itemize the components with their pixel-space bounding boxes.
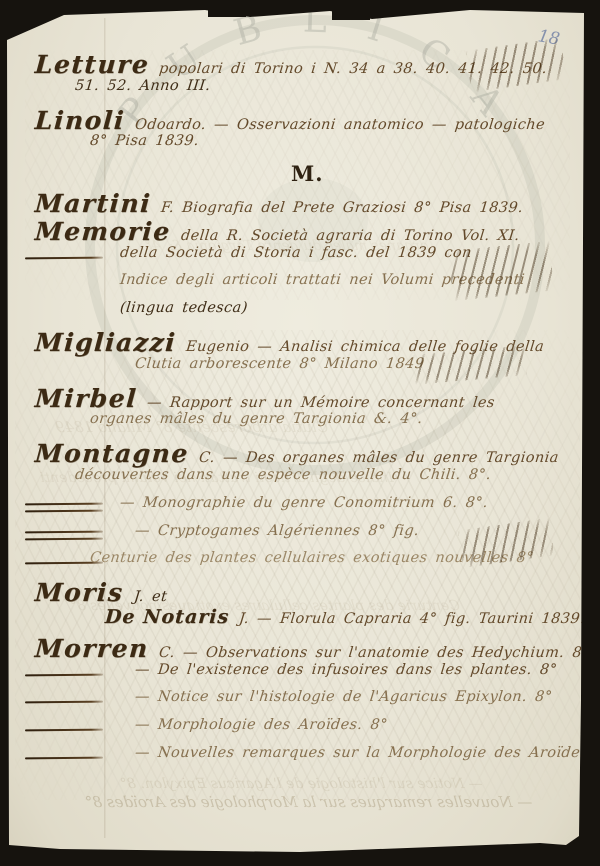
entry-text: C. — Observations sur l'anatomie des Hed… xyxy=(158,645,590,661)
entry-text: 51. 52. Anno III. xyxy=(74,78,211,94)
catalog-entry: MartiniF. Biografia del Prete Graziosi 8… xyxy=(35,189,582,217)
entry-text: — Morphologie des Aroïdes. 8° xyxy=(134,717,388,733)
entry-text: Clutia arborescente 8° Milano 1849 xyxy=(134,356,425,372)
catalog-entries-list: Letturepopolari di Torino i N. 34 a 38. … xyxy=(35,50,582,773)
entry-text: découvertes dans une espèce nouvelle du … xyxy=(74,467,492,483)
catalog-entry: De NotarisJ. — Florula Capraria 4° fig. … xyxy=(35,606,582,634)
catalog-entry: 8° Pisa 1839. xyxy=(35,133,582,161)
catalog-entry: — Notice sur l'histologie de l'Agaricus … xyxy=(35,689,582,717)
entry-author: Memorie xyxy=(34,217,172,246)
entry-text: organes mâles du genre Targionia &. 4°. xyxy=(89,411,423,427)
entry-text: 8° Pisa 1839. xyxy=(89,133,200,149)
bleed-through-line: — Nouvelles remarques sur la Morphologie… xyxy=(84,793,533,811)
ditto-mark xyxy=(25,674,103,676)
paper-sheet: P U B L I C A 18 Letturepopolari di Tori… xyxy=(0,0,600,866)
entry-author: Moris xyxy=(34,578,125,607)
entry-text: — Notice sur l'histologie de l'Agaricus … xyxy=(134,689,553,705)
catalog-entry: (lingua tedesca) xyxy=(35,300,582,328)
catalog-entry: 51. 52. Anno III. xyxy=(35,78,582,106)
entry-text: F. Biografia del Prete Graziosi 8° Pisa … xyxy=(160,200,524,216)
catalog-entry: organes mâles du genre Targionia &. 4°. xyxy=(35,411,582,439)
entry-author: Mirbel xyxy=(34,384,138,413)
entry-text: — De l'existence des infusoires dans les… xyxy=(134,662,558,678)
catalog-entry: Centurie des plantes cellulaires exotiqu… xyxy=(35,550,582,578)
entry-author: De Notaris xyxy=(104,606,230,628)
entry-text: — Nouvelles remarques sur la Morphologie… xyxy=(134,745,600,761)
entry-text: Indice degli articoli trattati nei Volum… xyxy=(119,272,526,288)
page-number: 18 xyxy=(537,26,562,49)
scan-edge-notch xyxy=(332,0,370,20)
catalog-entry: della Società di Storia i fasc. del 1839… xyxy=(35,245,582,273)
ditto-mark xyxy=(25,257,103,259)
ditto-mark xyxy=(25,701,103,703)
entry-author: Morren xyxy=(34,634,150,663)
entry-author: Migliazzi xyxy=(34,328,177,357)
entry-text: — Monographie du genre Conomitrium 6. 8°… xyxy=(119,495,489,511)
catalog-entry: MorisJ. et xyxy=(35,578,582,606)
entry-text: Odoardo. — Osservazioni anatomico — pato… xyxy=(134,117,546,133)
entry-text: popolari di Torino i N. 34 a 38. 40. 41.… xyxy=(159,61,549,77)
section-header-letter: M. xyxy=(291,161,324,186)
catalog-entry: Indice degli articoli trattati nei Volum… xyxy=(35,272,582,300)
catalog-entry: Mirbel— Rapport sur un Mémoire concernan… xyxy=(35,384,582,412)
catalog-entry: — Nouvelles remarques sur la Morphologie… xyxy=(35,745,582,773)
entry-text: Centurie des plantes cellulaires exotiqu… xyxy=(89,550,534,566)
entry-text: C. — Des organes mâles du genre Targioni… xyxy=(198,450,559,466)
catalog-entry: — De l'existence des infusoires dans les… xyxy=(35,662,582,690)
entry-text: della Società di Storia i fasc. del 1839… xyxy=(119,245,472,261)
catalog-entry: Letturepopolari di Torino i N. 34 a 38. … xyxy=(35,50,582,78)
catalog-entry: — Cryptogames Algériennes 8° fig. xyxy=(35,523,582,551)
ditto-mark xyxy=(25,531,103,541)
entry-author: Letture xyxy=(34,50,150,79)
entry-text: — Rapport sur un Mémoire concernant les xyxy=(146,395,495,411)
entry-text: della R. Società agraria di Torino Vol. … xyxy=(180,228,520,244)
scan-edge-notch xyxy=(208,0,246,17)
entry-text: J. et xyxy=(133,589,168,605)
ditto-mark xyxy=(25,757,103,759)
ditto-mark xyxy=(25,503,103,513)
catalog-entry: MigliazziEugenio — Analisi chimica delle… xyxy=(35,328,582,356)
scanned-manuscript-page: P U B L I C A 18 Letturepopolari di Tori… xyxy=(0,0,600,866)
bleed-through-line: — Notice sur l'histologie de l'Agaricus … xyxy=(119,776,483,792)
catalog-entry: MontagneC. — Des organes mâles du genre … xyxy=(35,439,582,467)
catalog-entry: découvertes dans une espèce nouvelle du … xyxy=(35,467,582,495)
entry-text: J. — Florula Capraria 4° fig. Taurini 18… xyxy=(238,611,586,627)
entry-text: Eugenio — Analisi chimica delle foglie d… xyxy=(185,339,545,355)
entry-text: (lingua tedesca) xyxy=(119,300,248,316)
catalog-entry: — Morphologie des Aroïdes. 8° xyxy=(35,717,582,745)
catalog-entry: M. xyxy=(35,161,582,189)
catalog-entry: MorrenC. — Observations sur l'anatomie d… xyxy=(35,634,582,662)
entry-text: — Cryptogames Algériennes 8° fig. xyxy=(134,523,420,539)
catalog-entry: — Monographie du genre Conomitrium 6. 8°… xyxy=(35,495,582,523)
catalog-entry: Clutia arborescente 8° Milano 1849 xyxy=(35,356,582,384)
ditto-mark xyxy=(25,729,103,731)
entry-author: Martini xyxy=(34,189,152,218)
catalog-entry: Memoriedella R. Società agraria di Torin… xyxy=(35,217,582,245)
catalog-entry: LinoliOdoardo. — Osservazioni anatomico … xyxy=(35,106,582,134)
entry-author: Montagne xyxy=(34,439,190,468)
entry-author: Linoli xyxy=(34,106,126,135)
